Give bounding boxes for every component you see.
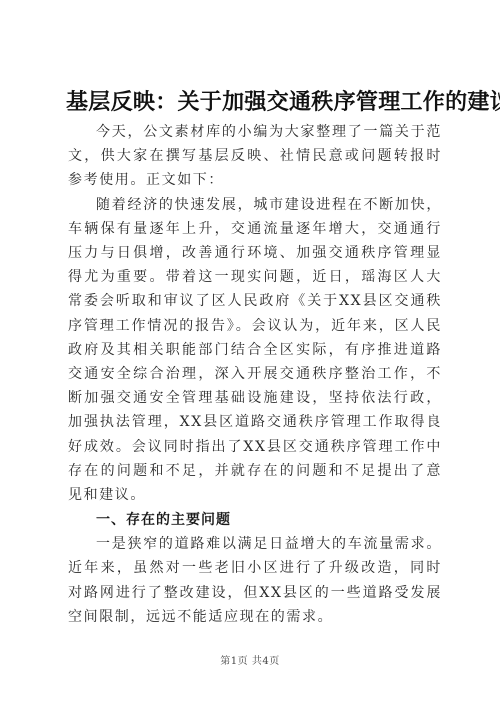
background-paragraph: 随着经济的快速发展，城市建设进程在不断加快，车辆保有量逐年上升，交通流量逐年增大… (68, 193, 442, 508)
page-footer: 第1页 共4页 (0, 652, 500, 667)
document-title: 基层反映：关于加强交通秩序管理工作的建议 (66, 88, 442, 118)
section-heading: 一、存在的主要问题 (68, 508, 442, 532)
intro-paragraph: 今天，公文素材库的小编为大家整理了一篇关于范文，供大家在撰写基层反映、社情民意或… (68, 120, 442, 193)
section-paragraph: 一是狭窄的道路难以满足日益增大的车流量需求。近年来，虽然对一些老旧小区进行了升级… (68, 532, 442, 629)
page-indicator: 第1页 共4页 (220, 656, 279, 667)
document-body: 基层反映：关于加强交通秩序管理工作的建议 今天，公文素材库的小编为大家整理了一篇… (68, 88, 442, 629)
document-page: 基层反映：关于加强交通秩序管理工作的建议 今天，公文素材库的小编为大家整理了一篇… (0, 0, 500, 708)
